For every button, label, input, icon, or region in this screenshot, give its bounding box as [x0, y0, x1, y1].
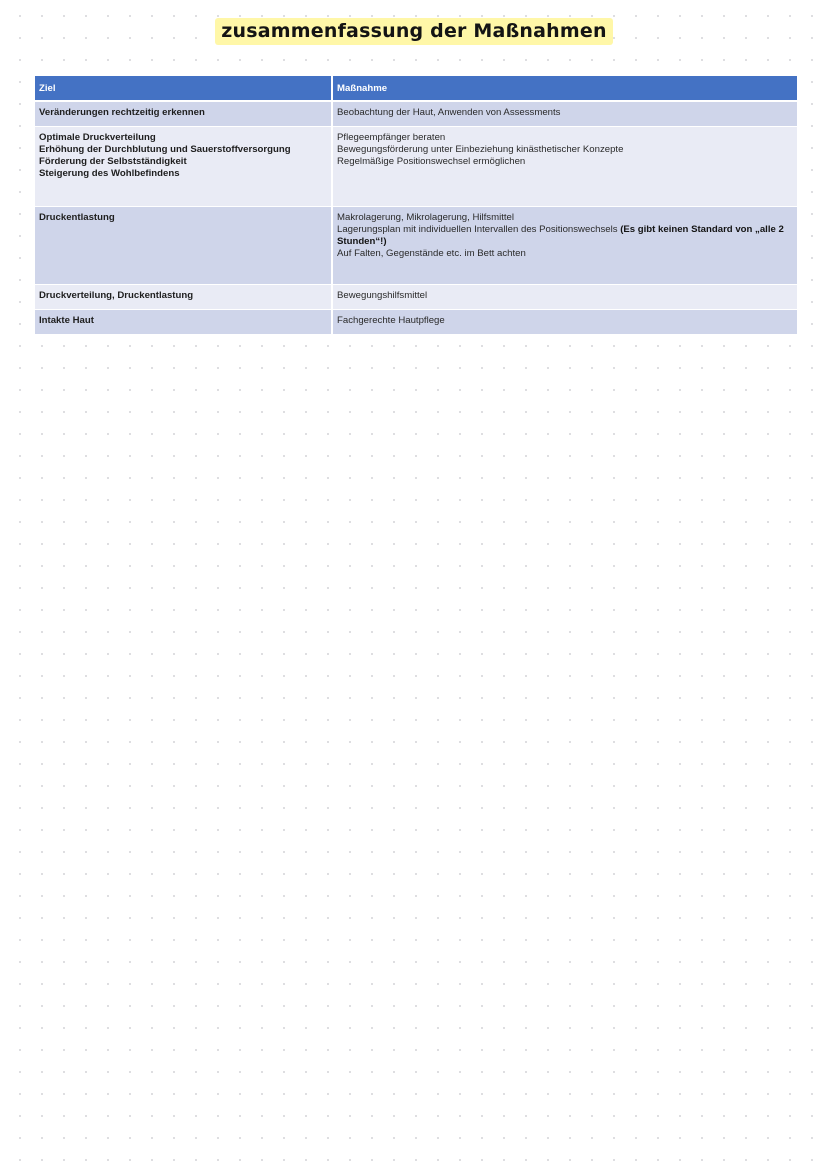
column-header-goal: Ziel: [35, 76, 332, 101]
goal-cell: Veränderungen rechtzeitig erkennen: [35, 101, 332, 127]
goal-text: Optimale Druckverteilung: [39, 132, 327, 144]
goal-cell: Intakte Haut: [35, 310, 332, 335]
measure-cell: Bewegungshilfsmittel: [332, 285, 797, 310]
measure-cell: Makrolagerung, Mikrolagerung, Hilfsmitte…: [332, 207, 797, 285]
measure-cell: Beobachtung der Haut, Anwenden von Asses…: [332, 101, 797, 127]
goal-text: Förderung der Selbstständigkeit: [39, 156, 327, 168]
goal-cell: Optimale Druckverteilung Erhöhung der Du…: [35, 127, 332, 207]
measure-text-with-emphasis: Lagerungsplan mit individuellen Interval…: [337, 224, 793, 248]
measure-text: Beobachtung der Haut, Anwenden von Asses…: [337, 107, 793, 119]
goal-text: Intakte Haut: [39, 315, 327, 327]
goal-cell: Druckentlastung: [35, 207, 332, 285]
table-row: Druckverteilung, Druckentlastung Bewegun…: [35, 285, 797, 310]
measure-text: Regelmäßige Positionswechsel ermöglichen: [337, 156, 793, 168]
measure-text: Lagerungsplan mit individuellen Interval…: [337, 224, 620, 235]
title-wrapper: zusammenfassung der Maßnahmen: [0, 18, 828, 45]
goal-text: Druckentlastung: [39, 212, 327, 224]
measure-text: Bewegungshilfsmittel: [337, 290, 793, 302]
measures-table: Ziel Maßnahme Veränderungen rechtzeitig …: [35, 76, 797, 335]
page-title: zusammenfassung der Maßnahmen: [215, 18, 612, 45]
measure-cell: Pflegeempfänger beraten Bewegungsförderu…: [332, 127, 797, 207]
table-header-row: Ziel Maßnahme: [35, 76, 797, 101]
measure-text: Makrolagerung, Mikrolagerung, Hilfsmitte…: [337, 212, 793, 224]
goal-text: Erhöhung der Durchblutung und Sauerstoff…: [39, 144, 327, 156]
measure-text: Bewegungsförderung unter Einbeziehung ki…: [337, 144, 793, 156]
table-row: Intakte Haut Fachgerechte Hautpflege: [35, 310, 797, 335]
column-header-measure: Maßnahme: [332, 76, 797, 101]
goal-text: Druckverteilung, Druckentlastung: [39, 290, 327, 302]
measure-text: Fachgerechte Hautpflege: [337, 315, 793, 327]
measure-cell: Fachgerechte Hautpflege: [332, 310, 797, 335]
measure-text: Pflegeempfänger beraten: [337, 132, 793, 144]
goal-cell: Druckverteilung, Druckentlastung: [35, 285, 332, 310]
table-row: Veränderungen rechtzeitig erkennen Beoba…: [35, 101, 797, 127]
table-row: Druckentlastung Makrolagerung, Mikrolage…: [35, 207, 797, 285]
table-row: Optimale Druckverteilung Erhöhung der Du…: [35, 127, 797, 207]
goal-text: Steigerung des Wohlbefindens: [39, 168, 327, 180]
measure-text: Auf Falten, Gegenstände etc. im Bett ach…: [337, 248, 793, 260]
goal-text: Veränderungen rechtzeitig erkennen: [39, 107, 327, 119]
